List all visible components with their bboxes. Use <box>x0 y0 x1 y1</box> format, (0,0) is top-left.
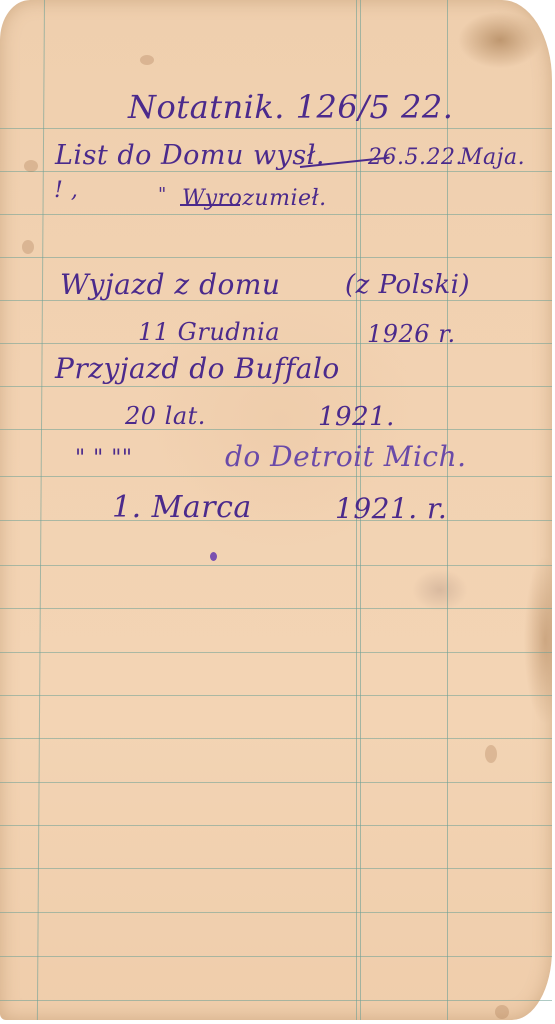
strike-line <box>180 204 240 206</box>
ruled-line <box>0 171 552 172</box>
arrival-buffalo-year: 1921. <box>318 402 395 432</box>
stain <box>495 1005 509 1019</box>
ledger-paper: Notatnik. 126/5 22. List do Domu wysł. 2… <box>0 0 552 1020</box>
arrival-buffalo-age: 20 lat. <box>125 402 206 430</box>
exclamation-mark: ! , <box>54 178 78 203</box>
stain <box>22 240 34 254</box>
ruled-line <box>0 868 552 869</box>
ruled-line <box>0 565 552 566</box>
ruled-line <box>0 738 552 739</box>
ruled-line <box>0 214 552 215</box>
letter-home-month: Maja. <box>460 145 525 170</box>
ruled-line <box>0 386 552 387</box>
ruled-line <box>0 782 552 783</box>
stain <box>485 745 497 763</box>
departure-text: Wyjazd z domu <box>60 268 280 301</box>
ditto-marks: " " "" <box>75 446 132 471</box>
stain <box>140 55 154 65</box>
ink-dot <box>210 552 217 561</box>
arrival-detroit-day: 1. Marca <box>112 490 252 525</box>
margin-line <box>37 0 45 1020</box>
arrival-buffalo-text: Przyjazd do Buffalo <box>55 352 340 385</box>
ruled-line <box>0 128 552 129</box>
letter-home-text: List do Domu wysł. <box>55 140 325 171</box>
ruled-line <box>0 825 552 826</box>
ruled-line <box>0 912 552 913</box>
understood-text: Wyrozumieł. <box>182 186 327 211</box>
ruled-line <box>0 608 552 609</box>
ruled-line <box>0 652 552 653</box>
ruled-line <box>0 956 552 957</box>
heading: Notatnik. 126/5 22. <box>128 88 453 126</box>
departure-year: 1926 r. <box>367 320 456 348</box>
arrival-detroit-text: do Detroit Mich. <box>225 440 467 473</box>
ruled-line <box>0 429 552 430</box>
ruled-line <box>0 695 552 696</box>
ruled-line <box>0 257 552 258</box>
departure-paren: (z Polski) <box>345 270 470 300</box>
ruled-line <box>0 476 552 477</box>
departure-day: 11 Grudnia <box>138 318 280 346</box>
stain <box>24 160 38 172</box>
ditto-mark: " <box>158 184 167 205</box>
arrival-detroit-year: 1921. r. <box>335 492 447 525</box>
ruled-line <box>0 1000 552 1001</box>
ruled-line <box>0 520 552 521</box>
